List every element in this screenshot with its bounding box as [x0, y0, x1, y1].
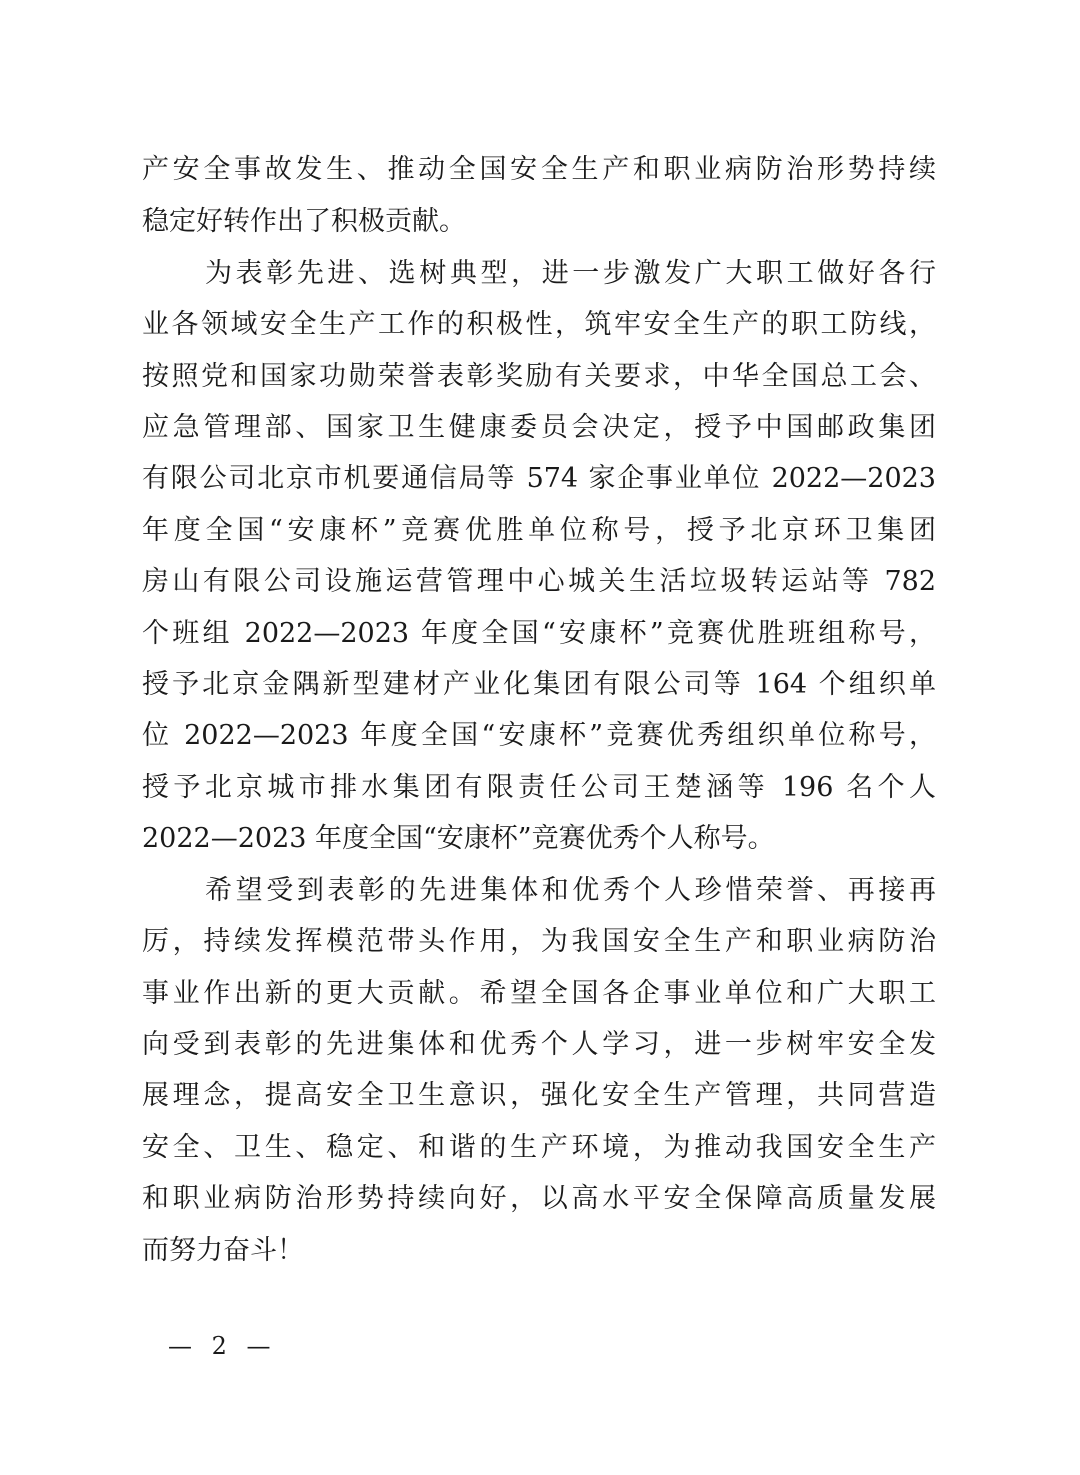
- paragraph-2-line-4: 应急管理部、国家卫生健康委员会决定，授予中国邮政集团: [142, 403, 936, 453]
- paragraph-2-line-5: 有限公司北京市机要通信局等 574 家企事业单位 2022—2023: [142, 454, 936, 504]
- paragraph-1-line-2: 稳定好转作出了积极贡献。: [142, 197, 936, 247]
- paragraph-2-line-1: 为表彰先进、选树典型，进一步激发广大职工做好各行: [205, 249, 936, 299]
- paragraph-3-line-5: 展理念，提高安全卫生意识，强化安全生产管理，共同营造: [142, 1071, 936, 1121]
- paragraph-2-line-2: 业各领域安全生产工作的积极性，筑牢安全生产的职工防线，: [142, 300, 936, 350]
- paragraph-2-line-3: 按照党和国家功勋荣誉表彰奖励有关要求，中华全国总工会、: [142, 352, 936, 402]
- paragraph-1-line-1: 产安全事故发生、推动全国安全生产和职业病防治形势持续: [142, 145, 936, 195]
- paragraph-3-line-1: 希望受到表彰的先进集体和优秀个人珍惜荣誉、再接再: [205, 866, 936, 916]
- paragraph-2-line-11: 授予北京城市排水集团有限责任公司王楚涵等 196 名个人: [142, 763, 936, 813]
- paragraph-2-line-12: 2022—2023 年度全国“安康杯”竞赛优秀个人称号。: [142, 814, 936, 864]
- paragraph-3-line-4: 向受到表彰的先进集体和优秀个人学习，进一步树牢安全发: [142, 1020, 936, 1070]
- paragraph-2-line-8: 个班组 2022—2023 年度全国“安康杯”竞赛优胜班组称号，: [142, 609, 936, 659]
- paragraph-3-line-8: 而努力奋斗！: [142, 1226, 936, 1276]
- document-page: 产安全事故发生、推动全国安全生产和职业病防治形势持续 稳定好转作出了积极贡献。 …: [0, 0, 1080, 1475]
- paragraph-2-line-10: 位 2022—2023 年度全国“安康杯”竞赛优秀组织单位称号，: [142, 711, 936, 761]
- paragraph-3-line-6: 安全、卫生、稳定、和谐的生产环境，为推动我国安全生产: [142, 1123, 936, 1173]
- paragraph-2-line-6: 年度全国“安康杯”竞赛优胜单位称号，授予北京环卫集团: [142, 506, 936, 556]
- paragraph-3-line-7: 和职业病防治形势持续向好，以高水平安全保障高质量发展: [142, 1174, 936, 1224]
- page-number: — 2 —: [168, 1326, 271, 1366]
- paragraph-3-line-2: 厉，持续发挥模范带头作用，为我国安全生产和职业病防治: [142, 917, 936, 967]
- paragraph-2-line-9: 授予北京金隅新型建材产业化集团有限公司等 164 个组织单: [142, 660, 936, 710]
- paragraph-2-line-7: 房山有限公司设施运营管理中心城关生活垃圾转运站等 782: [142, 557, 936, 607]
- paragraph-3-line-3: 事业作出新的更大贡献。希望全国各企事业单位和广大职工: [142, 969, 936, 1019]
